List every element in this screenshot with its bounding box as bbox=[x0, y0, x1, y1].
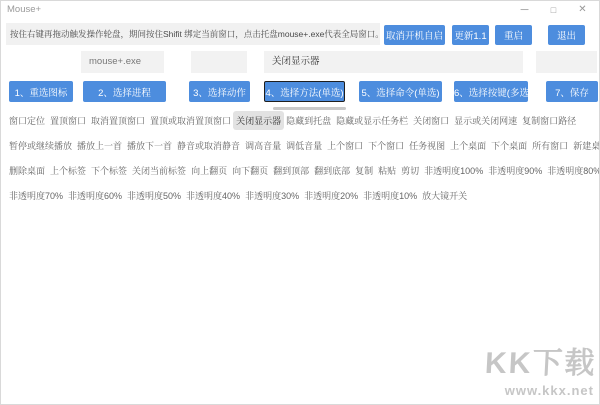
method-row-3: 删除桌面上个标签下个标签关闭当前标签向上翻页向下翻页翻到顶部翻到底部复制粘贴剪切… bbox=[1, 163, 599, 177]
maximize-icon[interactable]: □ bbox=[539, 1, 568, 18]
header-button-4[interactable]: 退出 bbox=[548, 25, 585, 45]
method-button[interactable]: 关闭显示器 bbox=[236, 114, 281, 127]
method-button[interactable]: 向下翻页 bbox=[232, 164, 268, 177]
method-button[interactable]: 上个窗口 bbox=[327, 139, 363, 152]
method-row-4: 非透明度70%非透明度60%非透明度50%非透明度40%非透明度30%非透明度2… bbox=[1, 188, 599, 202]
extra-field[interactable] bbox=[536, 51, 597, 73]
method-button[interactable]: 复制 bbox=[355, 164, 373, 177]
method-button[interactable]: 所有窗口 bbox=[532, 139, 568, 152]
method-row-1: 窗口定位置顶窗口取消置顶窗口置顶或取消置顶窗口关闭显示器隐藏到托盘隐藏或显示任务… bbox=[1, 113, 599, 127]
step-button-5[interactable]: 5、选择命令(单选) bbox=[359, 81, 442, 102]
method-button[interactable]: 非透明度10% bbox=[363, 189, 417, 202]
window-controls: ─ □ ✕ bbox=[510, 1, 597, 18]
step-button-2[interactable]: 2、选择进程 bbox=[83, 81, 166, 102]
method-field[interactable]: 关闭显示器 bbox=[264, 51, 523, 73]
method-button[interactable]: 复制窗口路径 bbox=[522, 114, 576, 127]
close-icon[interactable]: ✕ bbox=[568, 1, 597, 18]
method-button[interactable]: 非透明度70% bbox=[9, 189, 63, 202]
method-button[interactable]: 非透明度60% bbox=[68, 189, 122, 202]
step-button-1[interactable]: 1、重选图标 bbox=[9, 81, 73, 102]
methods-scrollbar[interactable] bbox=[273, 107, 346, 110]
method-button[interactable]: 向上翻页 bbox=[191, 164, 227, 177]
step-button-4[interactable]: 4、选择方法(单选) bbox=[264, 81, 345, 102]
method-button[interactable]: 播放上一首 bbox=[77, 139, 122, 152]
method-button[interactable]: 调低音量 bbox=[286, 139, 322, 152]
method-button[interactable]: 置顶或取消置顶窗口 bbox=[150, 114, 231, 127]
method-button[interactable]: 非透明度80% bbox=[547, 164, 600, 177]
process-field[interactable]: mouse+.exe bbox=[81, 51, 164, 73]
method-button[interactable]: 非透明度20% bbox=[304, 189, 358, 202]
method-button[interactable]: 上个标签 bbox=[50, 164, 86, 177]
method-button[interactable]: 关闭当前标签 bbox=[132, 164, 186, 177]
method-button[interactable]: 隐藏或显示任务栏 bbox=[336, 114, 408, 127]
header-button-3[interactable]: 重启 bbox=[495, 25, 532, 45]
method-button[interactable]: 显示或关闭网速 bbox=[454, 114, 517, 127]
method-button[interactable]: 静音或取消静音 bbox=[177, 139, 240, 152]
minimize-icon[interactable]: ─ bbox=[510, 1, 539, 18]
method-button[interactable]: 下个标签 bbox=[91, 164, 127, 177]
method-row-2: 暂停或继续播放播放上一首播放下一首静音或取消静音调高音量调低音量上个窗口下个窗口… bbox=[1, 138, 599, 152]
method-button[interactable]: 上个桌面 bbox=[450, 139, 486, 152]
method-button[interactable]: 暂停或继续播放 bbox=[9, 139, 72, 152]
watermark-logo: KK下载 bbox=[484, 345, 597, 383]
method-button[interactable]: 翻到底部 bbox=[314, 164, 350, 177]
method-button[interactable]: 隐藏到托盘 bbox=[286, 114, 331, 127]
method-button[interactable]: 置顶窗口 bbox=[50, 114, 86, 127]
step-button-3[interactable]: 3、选择动作 bbox=[189, 81, 250, 102]
method-button[interactable]: 非透明度100% bbox=[424, 164, 483, 177]
method-button[interactable]: 非透明度90% bbox=[488, 164, 542, 177]
method-options: 窗口定位置顶窗口取消置顶窗口置顶或取消置顶窗口关闭显示器隐藏到托盘隐藏或显示任务… bbox=[1, 113, 599, 213]
watermark-url: www.kkx.net bbox=[485, 383, 596, 398]
method-button[interactable]: 新建桌面 bbox=[573, 139, 600, 152]
header-button-2[interactable]: 更新1.1 bbox=[452, 25, 489, 45]
header-button-1[interactable]: 取消开机自启 bbox=[384, 25, 445, 45]
method-button[interactable]: 非透明度30% bbox=[245, 189, 299, 202]
method-button[interactable]: 调高音量 bbox=[245, 139, 281, 152]
method-button[interactable]: 播放下一首 bbox=[127, 139, 172, 152]
step-button-7[interactable]: 7、保存 bbox=[546, 81, 598, 102]
method-button[interactable]: 窗口定位 bbox=[9, 114, 45, 127]
method-button[interactable]: 粘贴 bbox=[378, 164, 396, 177]
titlebar: Mouse+ ─ □ ✕ bbox=[1, 1, 599, 18]
method-button[interactable]: 取消置顶窗口 bbox=[91, 114, 145, 127]
method-button[interactable]: 下个窗口 bbox=[368, 139, 404, 152]
method-button[interactable]: 非透明度40% bbox=[186, 189, 240, 202]
method-button[interactable]: 下个桌面 bbox=[491, 139, 527, 152]
method-button[interactable]: 翻到顶部 bbox=[273, 164, 309, 177]
method-button[interactable]: 删除桌面 bbox=[9, 164, 45, 177]
watermark: KK下载 www.kkx.net bbox=[485, 345, 596, 398]
method-button[interactable]: 剪切 bbox=[401, 164, 419, 177]
method-button[interactable]: 放大镜开关 bbox=[422, 189, 467, 202]
method-button[interactable]: 非透明度50% bbox=[127, 189, 181, 202]
method-button[interactable]: 关闭窗口 bbox=[413, 114, 449, 127]
icon-field[interactable] bbox=[191, 51, 247, 73]
window-title: Mouse+ bbox=[7, 4, 41, 15]
method-button[interactable]: 任务视图 bbox=[409, 139, 445, 152]
instruction-text: 按住右键再拖动触发操作轮盘，期间按住Shifit 绑定当前窗口，点击托盘mous… bbox=[6, 23, 380, 45]
step-button-6[interactable]: 6、选择按键(多选) bbox=[454, 81, 528, 102]
